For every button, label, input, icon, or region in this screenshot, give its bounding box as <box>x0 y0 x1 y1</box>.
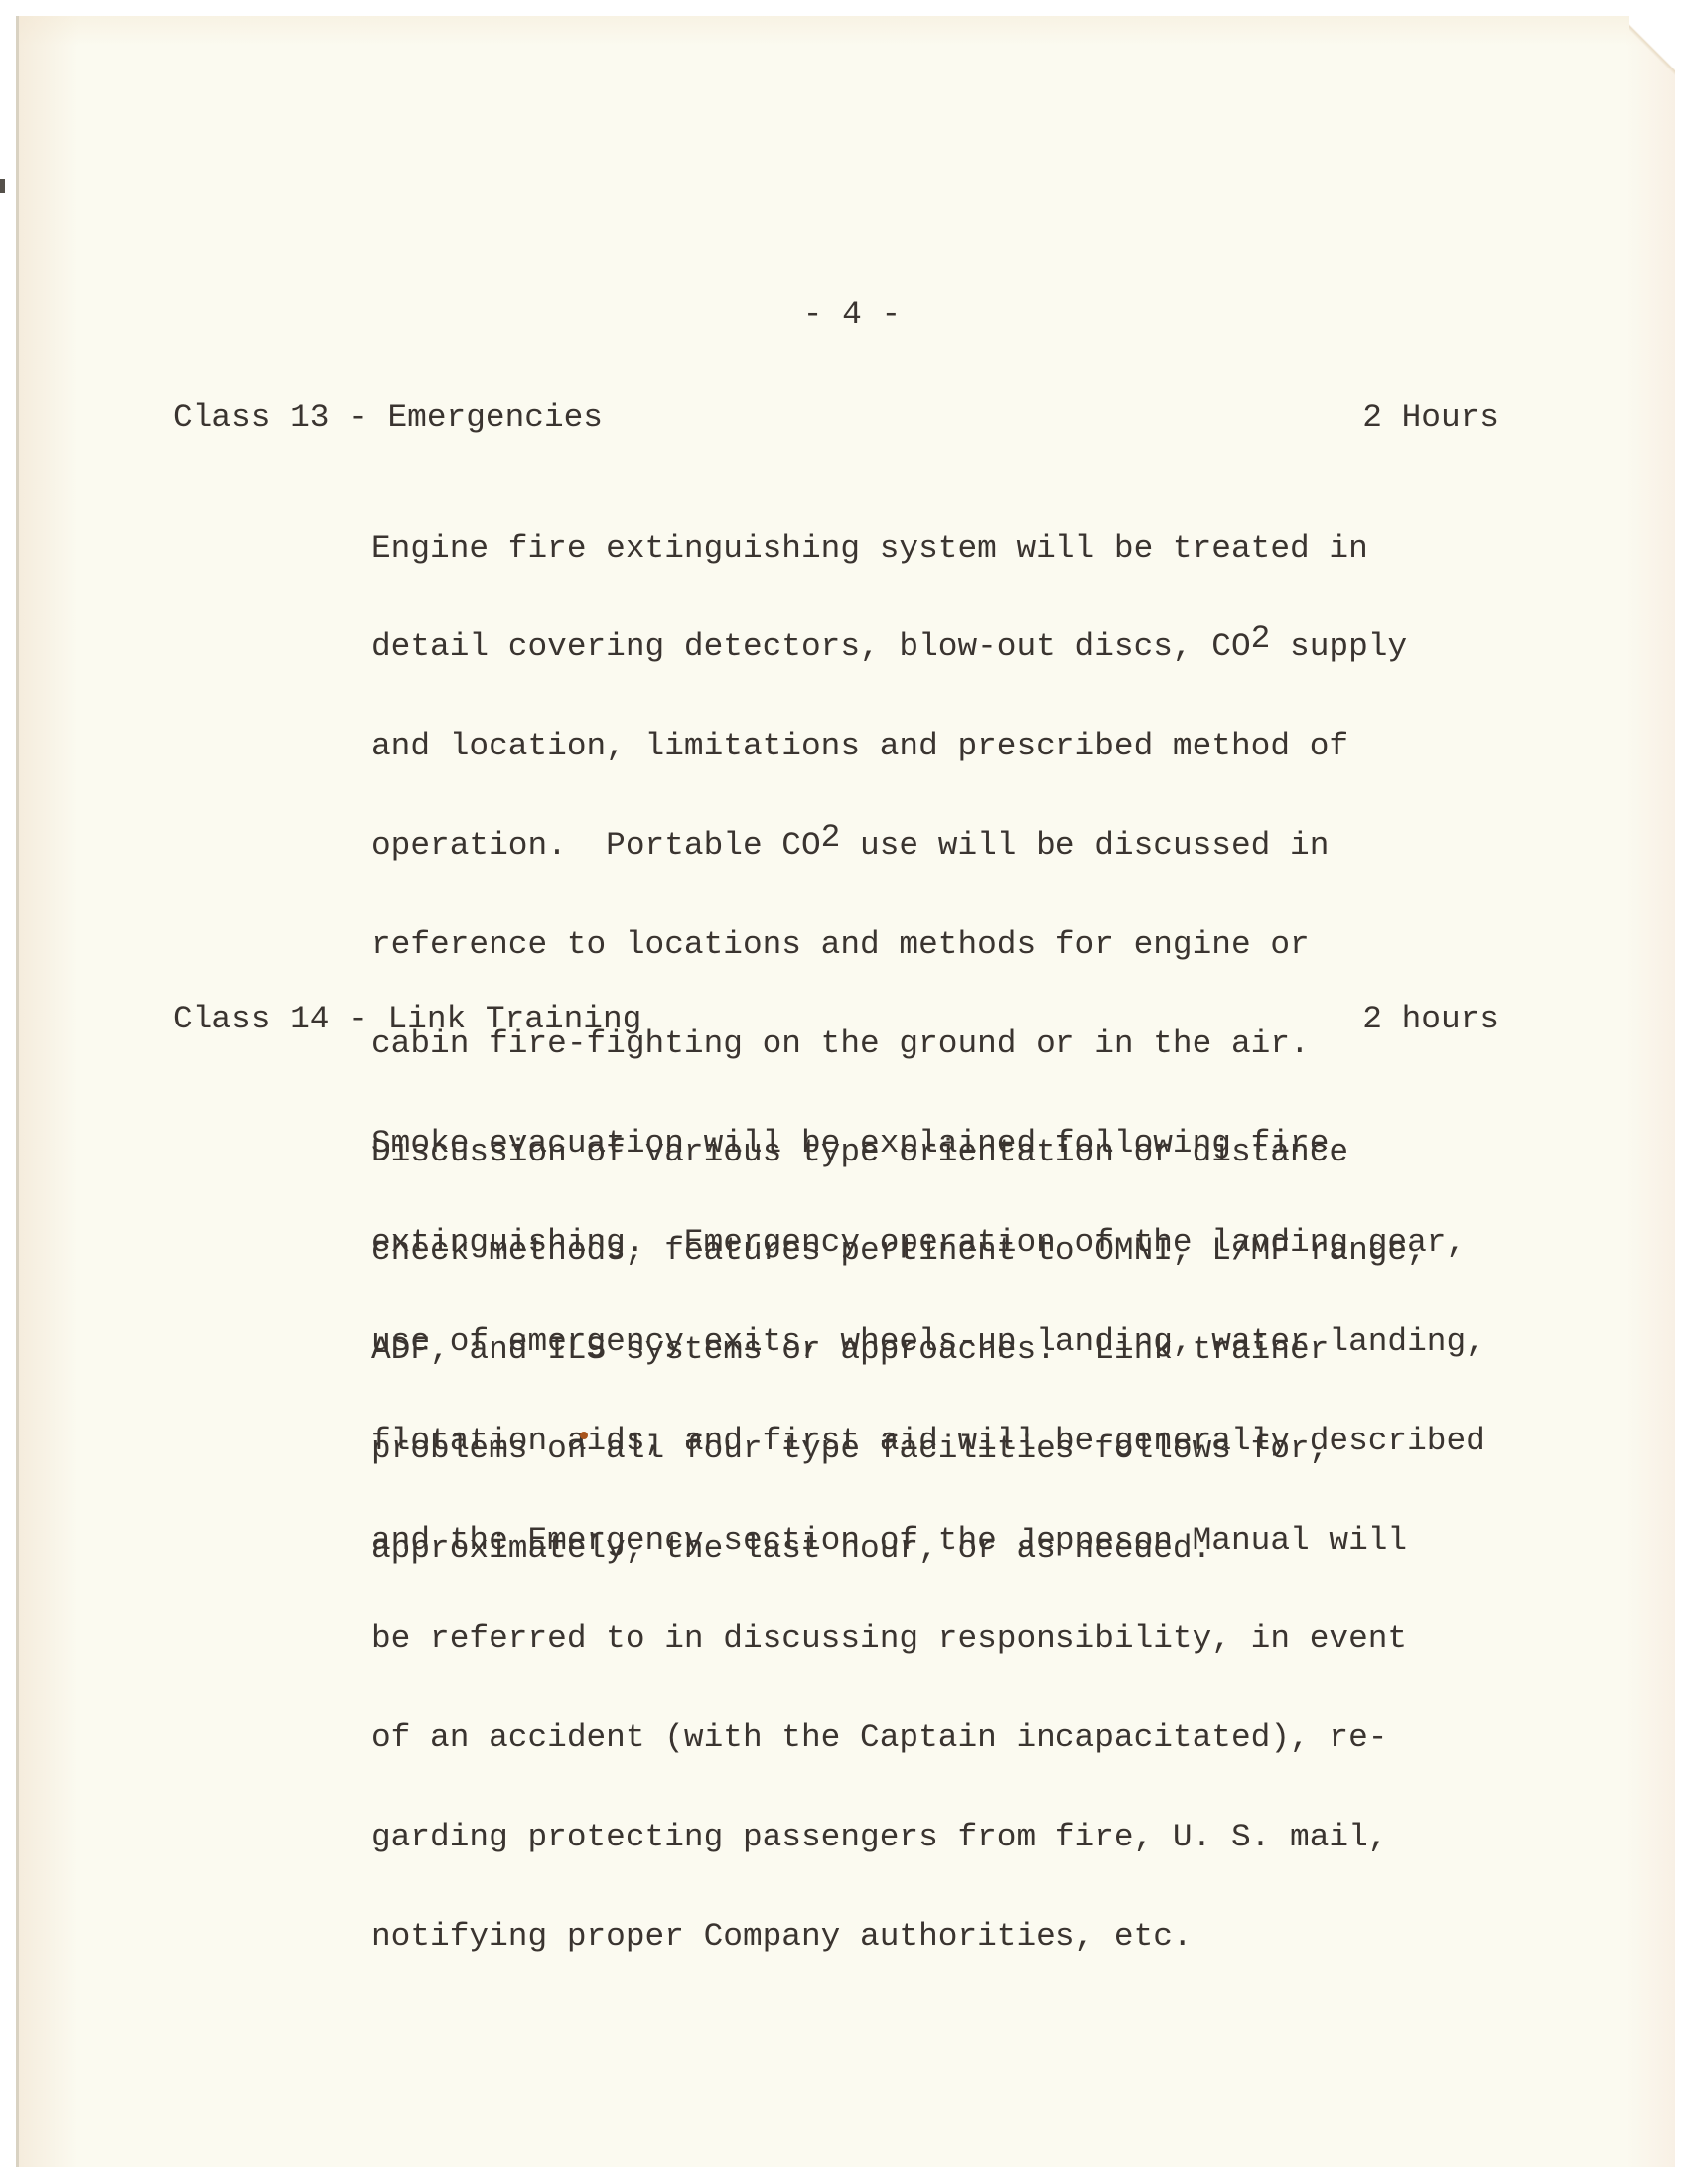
text-line: detail covering detectors, blow-out disc… <box>371 630 1563 663</box>
text-line: notifying proper Company authorities, et… <box>371 1920 1563 1953</box>
class-14-duration: 2 hours <box>1362 1003 1499 1035</box>
text-line: garding protecting passengers from fire,… <box>371 1821 1563 1853</box>
page-corner-fold <box>1629 16 1675 81</box>
class-13-duration: 2 Hours <box>1362 401 1499 434</box>
text-segment: supply <box>1270 628 1407 665</box>
page-number: - 4 - <box>794 298 910 331</box>
text-line: operation. Portable CO2 use will be disc… <box>371 829 1563 862</box>
text-line: be referred to in discussing responsibil… <box>371 1622 1563 1655</box>
text-line: ADF, and ILS systems or approaches. Link… <box>371 1333 1563 1366</box>
text-line: of an accident (with the Captain incapac… <box>371 1721 1563 1754</box>
text-line: check methods, features pertinent to OMN… <box>371 1234 1563 1267</box>
text-line: problems on all four type facilities fol… <box>371 1433 1563 1465</box>
class-14-description: Discussion of various type orientation o… <box>371 1069 1563 1598</box>
text-segment: detail covering detectors, blow-out disc… <box>371 628 1251 665</box>
binding-mark <box>0 179 5 193</box>
text-segment: use will be discussed in <box>840 827 1329 864</box>
text-line: Discussion of various type orientation o… <box>371 1136 1563 1168</box>
text-line: Engine fire extinguishing system will be… <box>371 532 1563 565</box>
text-line: and location, limitations and prescribed… <box>371 730 1563 762</box>
class-13-heading: Class 13 - Emergencies 2 Hours <box>173 401 1499 441</box>
class-14-title: Class 14 - Link Training <box>173 1003 641 1035</box>
class-13-title: Class 13 - Emergencies <box>173 401 603 434</box>
class-14-heading: Class 14 - Link Training 2 hours <box>173 1003 1499 1042</box>
text-line: reference to locations and methods for e… <box>371 928 1563 961</box>
ink-speck <box>580 1432 588 1439</box>
superscript-2: 2 <box>821 819 841 856</box>
text-line: approximately, the last hour, or as need… <box>371 1532 1563 1565</box>
text-segment: operation. Portable CO <box>371 827 821 864</box>
superscript-2: 2 <box>1251 620 1271 657</box>
